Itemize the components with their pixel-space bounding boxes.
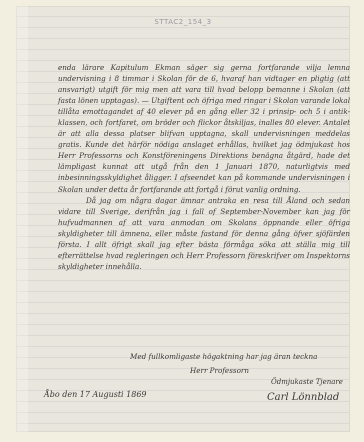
letter-date: Åbo den 17 Augusti 1869 <box>44 390 147 399</box>
letter-paragraph: enda lärare Kapitulum Ekman säger sig ge… <box>58 62 350 195</box>
closing-block: Med fullkomligaste högaktning har jag är… <box>130 350 317 378</box>
closing-addressee: Herr Professorn <box>130 364 317 378</box>
signature: Carl Lönnblad <box>267 392 343 403</box>
letter-body: enda lärare Kapitulum Ekman säger sig ge… <box>58 62 350 272</box>
signature-block: Ödmjukaste Tjenare Carl Lönnblad <box>271 378 343 403</box>
signoff: Ödmjukaste Tjenare <box>271 378 343 386</box>
letter-paragraph: Då jag om några dagar ämnar antraka en r… <box>58 195 350 272</box>
archive-id-stamp: STTAC2_154_3 <box>16 18 350 26</box>
letter-page: STTAC2_154_3 enda lärare Kapitulum Ekman… <box>16 6 350 432</box>
closing-line: Med fullkomligaste högaktning har jag är… <box>130 350 317 364</box>
